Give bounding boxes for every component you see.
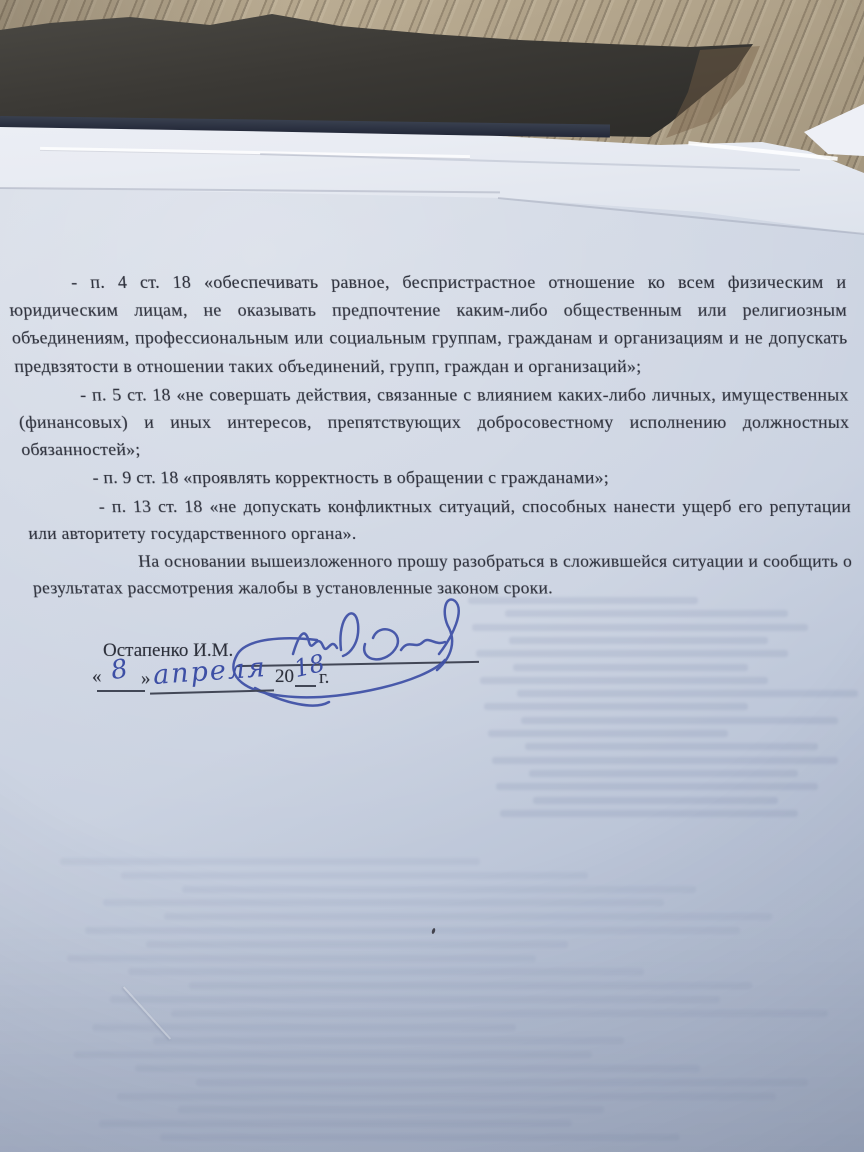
day-blank-line <box>97 690 145 692</box>
printed-year-suffix: г. <box>319 667 329 689</box>
year-blank-line <box>295 685 316 687</box>
paragraph-point-5: - п. 5 ст. 18 «не совершать действия, св… <box>15 381 850 464</box>
close-quote: » <box>141 668 151 690</box>
open-quote: « <box>92 666 102 688</box>
document-text: - п. 4 ст. 18 «обеспечивать равное, бесп… <box>6 268 853 602</box>
printed-year-prefix: 20 <box>275 666 294 688</box>
paragraph-point-9: - п. 9 ст. 18 «проявлять корректность в … <box>23 464 851 491</box>
paragraph-point-4: - п. 4 ст. 18 «обеспечивать равное, бесп… <box>6 268 848 380</box>
paragraph-point-13: - п. 13 ст. 18 «не допускать конфликтных… <box>25 493 852 547</box>
